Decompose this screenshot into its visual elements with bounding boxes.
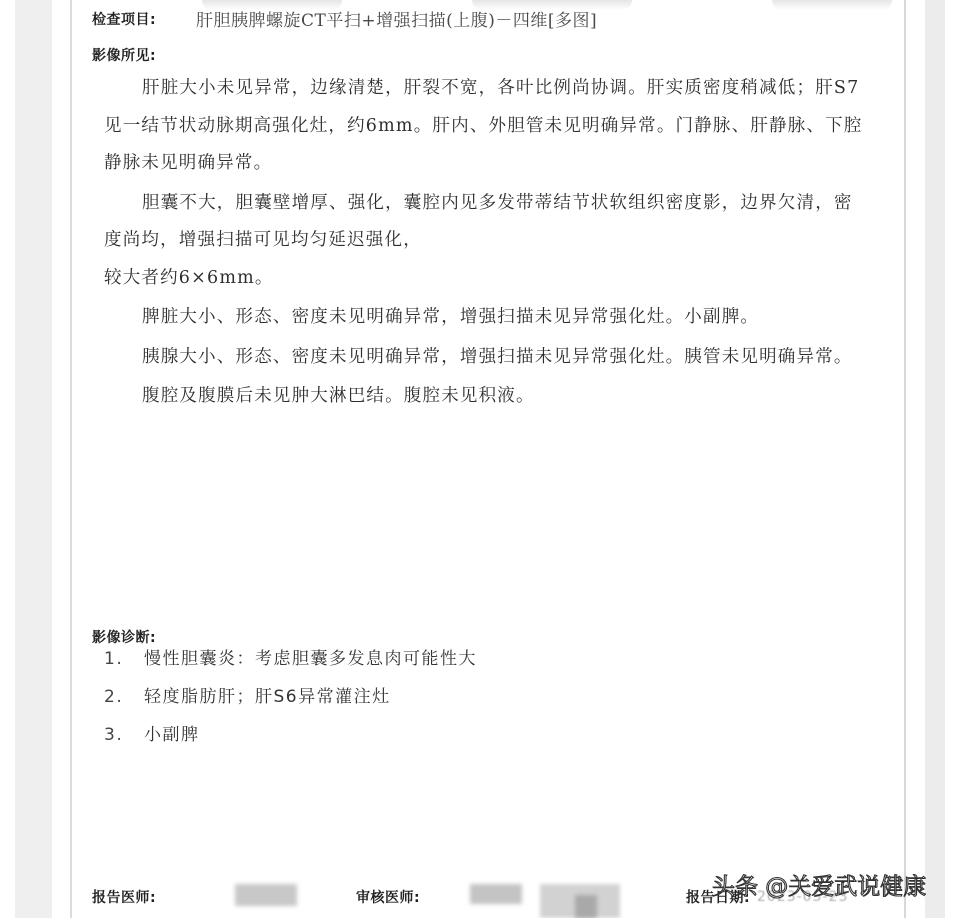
background-strip-right xyxy=(925,0,945,918)
diagnosis-number: 1. xyxy=(104,640,144,678)
findings-spleen: 脾脏大小、形态、密度未见明确异常，增强扫描未见异常强化灶。小副脾。 xyxy=(104,299,864,337)
watermark-text: 头条 @关爱武说健康 xyxy=(712,868,926,901)
diagnosis-number: 2. xyxy=(104,678,144,716)
redacted-review-doctor xyxy=(470,884,522,904)
diagnosis-number: 3. xyxy=(104,716,144,754)
diagnosis-text: 小副脾 xyxy=(144,716,200,754)
redacted-signature xyxy=(575,895,597,918)
scan-smudge xyxy=(772,0,892,10)
findings-abdomen: 腹腔及腹膜后未见肿大淋巴结。腹腔未见积液。 xyxy=(104,378,864,416)
report-doctor-label: 报告医师: xyxy=(92,887,156,907)
review-doctor-label: 审核医师: xyxy=(356,887,420,907)
findings-body: 肝脏大小未见异常，边缘清楚，肝裂不宽，各叶比例尚协调。肝实质密度稍减低；肝S7见… xyxy=(104,70,864,416)
diagnosis-text: 轻度脂肪肝；肝S6异常灌注灶 xyxy=(144,678,391,716)
exam-item-value: 肝胆胰脾螺旋CT平扫+增强扫描(上腹)－四维[多图] xyxy=(196,6,597,31)
findings-liver: 肝脏大小未见异常，边缘清楚，肝裂不宽，各叶比例尚协调。肝实质密度稍减低；肝S7见… xyxy=(104,70,864,183)
findings-pancreas: 胰腺大小、形态、密度未见明确异常，增强扫描未见异常强化灶。胰管未见明确异常。 xyxy=(104,339,864,377)
background-strip-left xyxy=(15,0,52,918)
findings-gallbladder-size: 较大者约6×6mm。 xyxy=(104,260,864,298)
redacted-report-doctor xyxy=(235,884,297,906)
exam-item-label: 检查项目: xyxy=(92,9,156,29)
findings-label: 影像所见: xyxy=(92,45,156,65)
findings-gallbladder: 胆囊不大，胆囊壁增厚、强化，囊腔内见多发带蒂结节状软组织密度影，边界欠清，密度尚… xyxy=(104,185,864,260)
diagnosis-text: 慢性胆囊炎：考虑胆囊多发息肉可能性大 xyxy=(144,640,477,678)
